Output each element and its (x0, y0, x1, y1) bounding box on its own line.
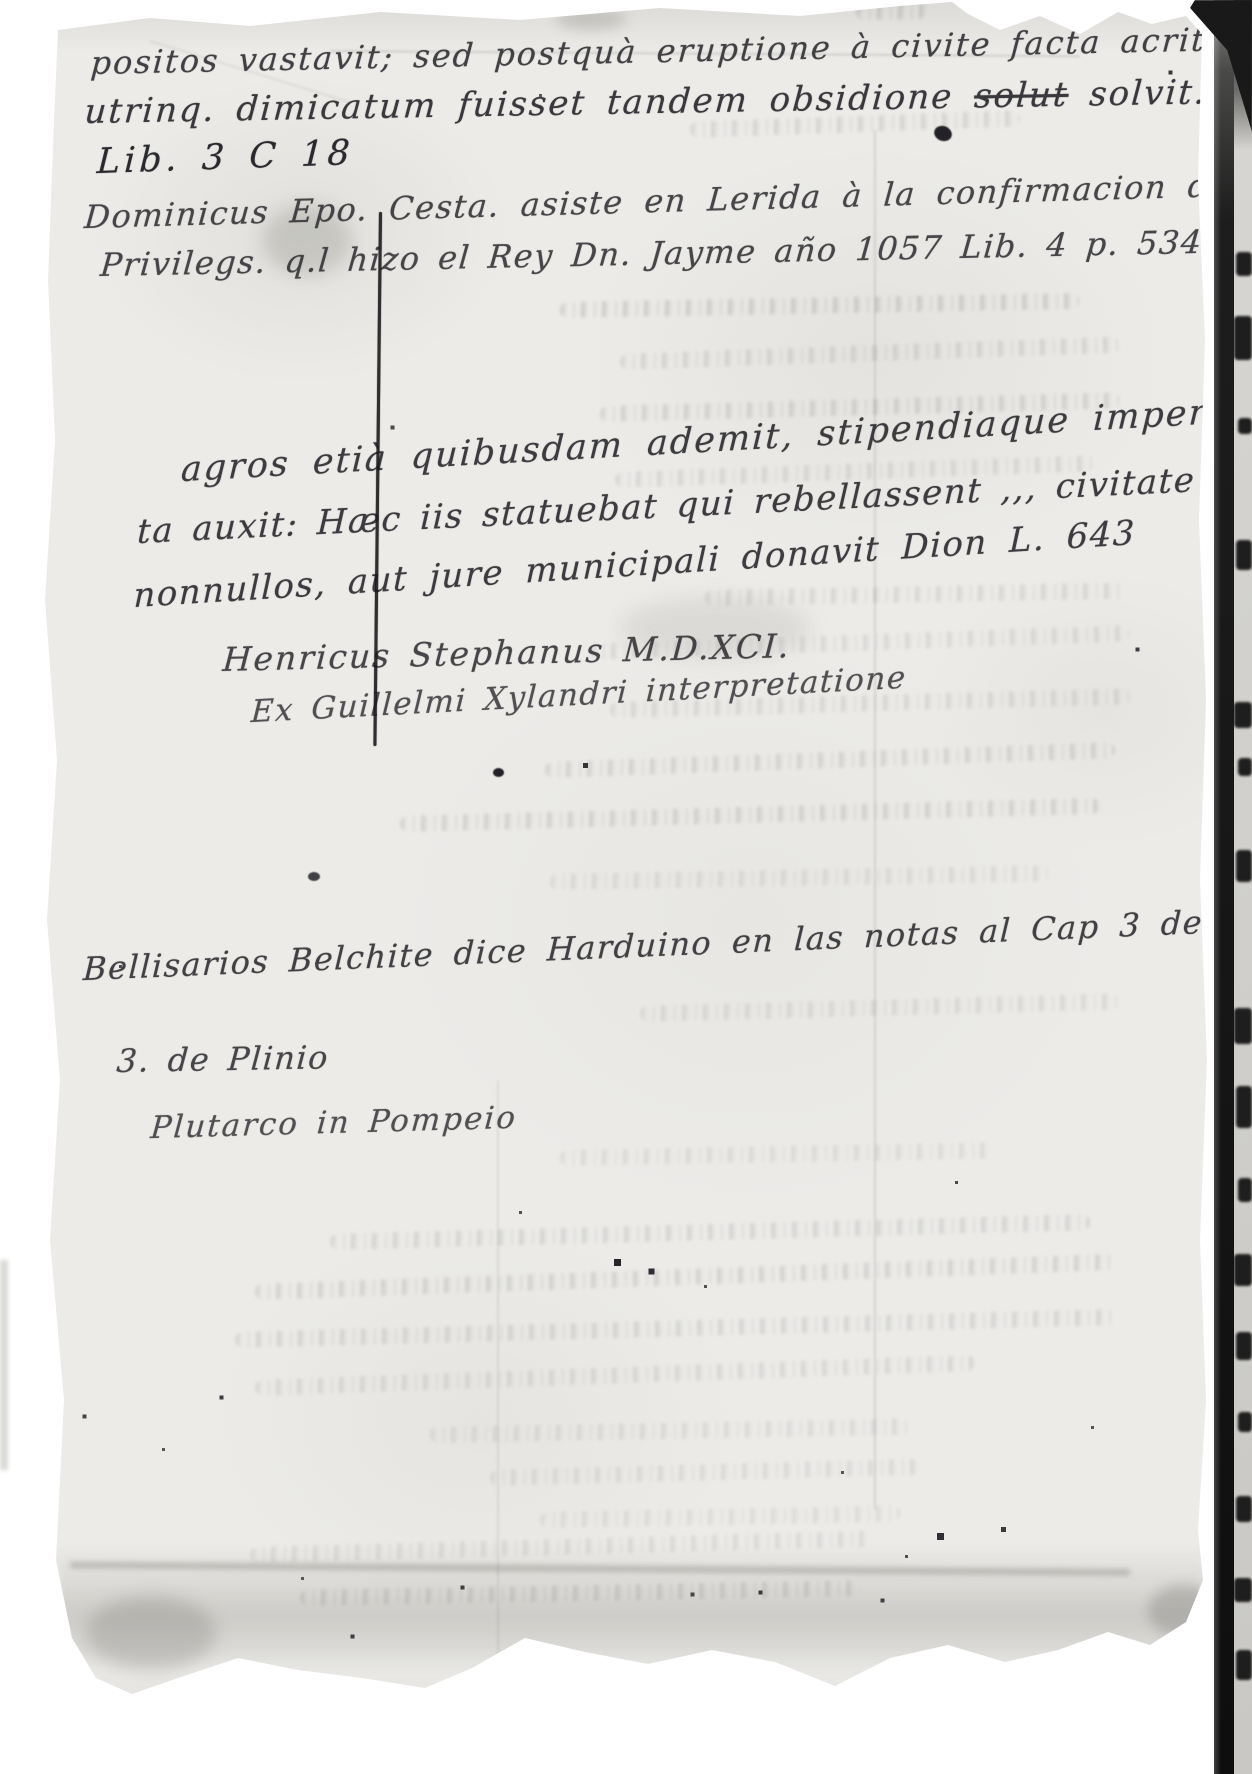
bleedthrough-line (545, 742, 1115, 778)
adjacent-page-ink (1234, 316, 1252, 360)
handwritten-line-2: utrinq. dimicatum fuisset tandem obsidio… (83, 72, 1208, 132)
adjacent-page-ink (1234, 702, 1252, 728)
binding-gutter-shadow (1214, 0, 1234, 1774)
adjacent-page-ink (1238, 758, 1252, 776)
adjacent-page-ink (1236, 252, 1252, 276)
dust-specks (0, 0, 1, 1)
adjacent-page-ink (1234, 1578, 1252, 1602)
line-2-end: solvit. (1067, 72, 1208, 114)
bleedthrough-line (560, 1142, 990, 1166)
bleedthrough-line (330, 1214, 1090, 1250)
bleedthrough-line (550, 865, 1050, 890)
adjacent-page-ink (1238, 1178, 1252, 1202)
bleedthrough-line (400, 798, 1100, 832)
handwritten-line-13: Plutarco in Pompeio (149, 1100, 518, 1146)
ink-blot (932, 123, 954, 143)
adjacent-page-ink (1236, 1086, 1252, 1128)
adjacent-page-ink (1234, 1254, 1252, 1286)
bleedthrough-line (640, 993, 1120, 1022)
bleedthrough-line (560, 293, 1080, 318)
bottom-edge-shadow (56, 1545, 1206, 1675)
bleedthrough-line (856, 3, 926, 20)
scanned-page: positos vastavit; sed postquà eruptione … (0, 0, 1252, 1774)
paper-crease (874, 130, 876, 1510)
adjacent-page-ink (1236, 540, 1252, 570)
struck-word: solut (973, 75, 1070, 117)
handwritten-line-5: Privilegs. q.l hizo el Rey Dn. Jayme año… (99, 223, 1205, 284)
bleedthrough-line (430, 1419, 910, 1443)
bleedthrough-line (620, 337, 1120, 370)
stain-smudge (556, 8, 626, 30)
handwritten-line-1: positos vastavit; sed postquà eruptione … (89, 20, 1228, 82)
adjacent-page-ink (1238, 1412, 1252, 1432)
adjacent-page-ink (1234, 1008, 1252, 1044)
adjacent-page-ink (1236, 1496, 1252, 1522)
adjacent-page-ink (1238, 418, 1252, 434)
adjacent-page-edge (1234, 0, 1252, 1774)
manuscript-paper: positos vastavit; sed postquà eruptione … (0, 0, 1252, 1774)
bleedthrough-line (235, 1309, 1115, 1348)
bleedthrough-line (255, 1254, 1115, 1300)
handwritten-line-12: 3. de Plinio (115, 1038, 330, 1080)
adjacent-page-ink (1236, 850, 1252, 882)
bleedthrough-line (490, 1459, 920, 1486)
adjacent-page-ink (1236, 1650, 1252, 1680)
line-2-text: utrinq. dimicatum fuisset tandem obsidio… (83, 76, 975, 132)
handwritten-line-11: Bellisarios Belchite dice Harduino en la… (82, 899, 1252, 988)
bleedthrough-line (255, 1355, 975, 1396)
ink-blot (308, 872, 320, 881)
bleedthrough-line (705, 583, 1125, 606)
scan-edge-streak (0, 1260, 8, 1470)
bleedthrough-line (540, 1506, 900, 1528)
ink-blot (493, 768, 504, 777)
handwritten-line-3: Lib. 3 C 18 (96, 133, 355, 182)
adjacent-page-ink (1236, 1332, 1252, 1360)
